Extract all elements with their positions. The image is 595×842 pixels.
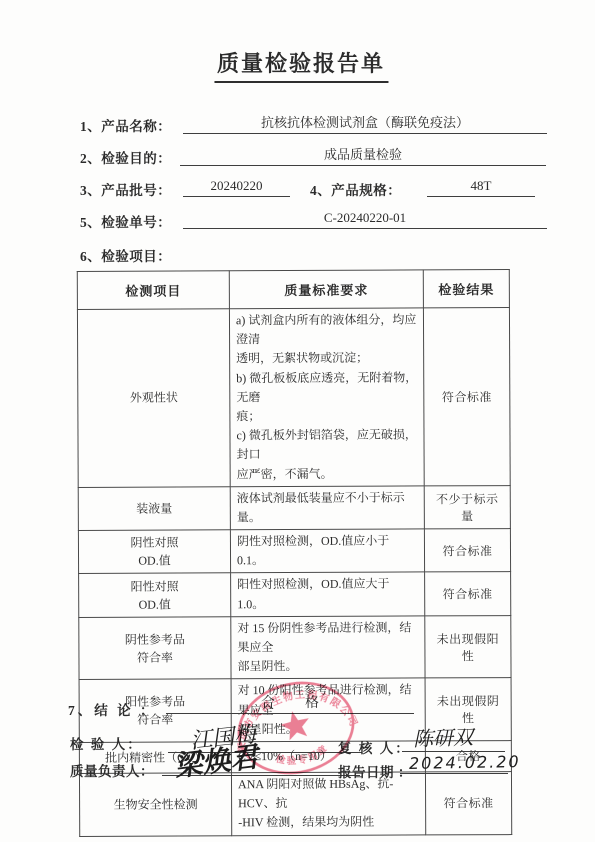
item-cell: 阴性参考品 符合率 bbox=[79, 617, 231, 680]
product-name-label: 1、产品名称： bbox=[80, 115, 171, 135]
spec-value: 48T bbox=[427, 176, 535, 197]
quality-manager-label: 质量负责人： bbox=[70, 760, 154, 780]
item-cell: 阳性对照 OD.值 bbox=[79, 573, 231, 617]
table-row: 装液量 液体试剂最低装量应不小于标示量。 不少于标示量 bbox=[78, 485, 510, 530]
report-title: 质量检验报告单 bbox=[214, 47, 388, 83]
items-heading: 6、检验项目： bbox=[80, 245, 171, 265]
result-cell: 符合标准 bbox=[424, 529, 510, 573]
table-row: 阴性对照 OD.值 阴性对照检测，OD.值应小于 0.1。 符合标准 bbox=[78, 529, 510, 574]
table-header-row: 检测项目 质量标准要求 检验结果 bbox=[77, 270, 509, 310]
item-cell: 外观性状 bbox=[77, 309, 230, 487]
item-cell: 生物安全性检测 bbox=[79, 773, 231, 836]
item-cell: 阴性对照 OD.值 bbox=[78, 530, 230, 574]
purpose-value: 成品质量检验 bbox=[180, 144, 546, 166]
conclusion-label: 7、结 论 ： bbox=[68, 699, 157, 719]
result-cell: 未出现假阳性 bbox=[425, 615, 511, 678]
batch-no-value: 20240220 bbox=[183, 176, 290, 197]
svg-text:检验专用章: 检验专用章 bbox=[272, 741, 333, 772]
result-cell: 符合标准 bbox=[425, 572, 511, 616]
batch-no-label: 3、产品批号： bbox=[80, 179, 171, 199]
report-page: 质量检验报告单 1、产品名称： 抗核抗体检测试剂盒（酶联免疫法） 2、检验目的：… bbox=[0, 0, 595, 842]
report-date-value: 2024.02.20 bbox=[409, 752, 521, 773]
report-no-label: 5、检验单号： bbox=[80, 211, 171, 231]
report-no-value: C-20240220-01 bbox=[183, 208, 547, 229]
stamp-label-text: 检验专用章 bbox=[272, 741, 333, 772]
standard-cell: 阳性对照检测，OD.值应大于 1.0。 bbox=[231, 572, 425, 616]
table-row: 阴性参考品 符合率 对 15 份阴性参考品进行检测，结果应全 部呈阴性。 未出现… bbox=[79, 615, 511, 679]
standard-cell: 阴性对照检测，OD.值应小于 0.1。 bbox=[230, 529, 424, 573]
product-name-value: 抗核抗体检测试剂盒（酶联免疫法） bbox=[183, 112, 547, 134]
reviewer-signature: 陈研双 bbox=[413, 721, 474, 752]
stamp-star-icon bbox=[278, 708, 313, 742]
standard-cell: a) 试剂盒内所有的液体组分，均应澄清 透明，无絮状物或沉淀； b) 微孔板板底… bbox=[229, 308, 424, 487]
standard-cell: 液体试剂最低装量应不小于标示量。 bbox=[230, 486, 424, 530]
header-result: 检验结果 bbox=[423, 270, 509, 308]
spec-label: 4、产品规格： bbox=[310, 179, 401, 199]
table-row: 外观性状 a) 试剂盒内所有的液体组分，均应澄清 透明，无絮状物或沉淀； b) … bbox=[77, 308, 510, 488]
header-item: 检测项目 bbox=[77, 271, 229, 310]
header-standard: 质量标准要求 bbox=[229, 270, 423, 309]
result-cell: 符合标准 bbox=[423, 308, 510, 486]
table-row: 阳性对照 OD.值 阳性对照检测，OD.值应大于 1.0。 符合标准 bbox=[79, 572, 511, 617]
result-cell: 符合标准 bbox=[425, 771, 511, 834]
result-cell: 不少于标示量 bbox=[424, 485, 510, 529]
item-cell: 装液量 bbox=[78, 486, 230, 530]
table-row: 生物安全性检测 ANA 阴阳对照做 HBsAg、抗-HCV、抗 -HIV 检测，… bbox=[79, 771, 511, 835]
purpose-label: 2、检验目的： bbox=[80, 147, 171, 167]
inspector-label: 检 验 人： bbox=[70, 733, 143, 753]
